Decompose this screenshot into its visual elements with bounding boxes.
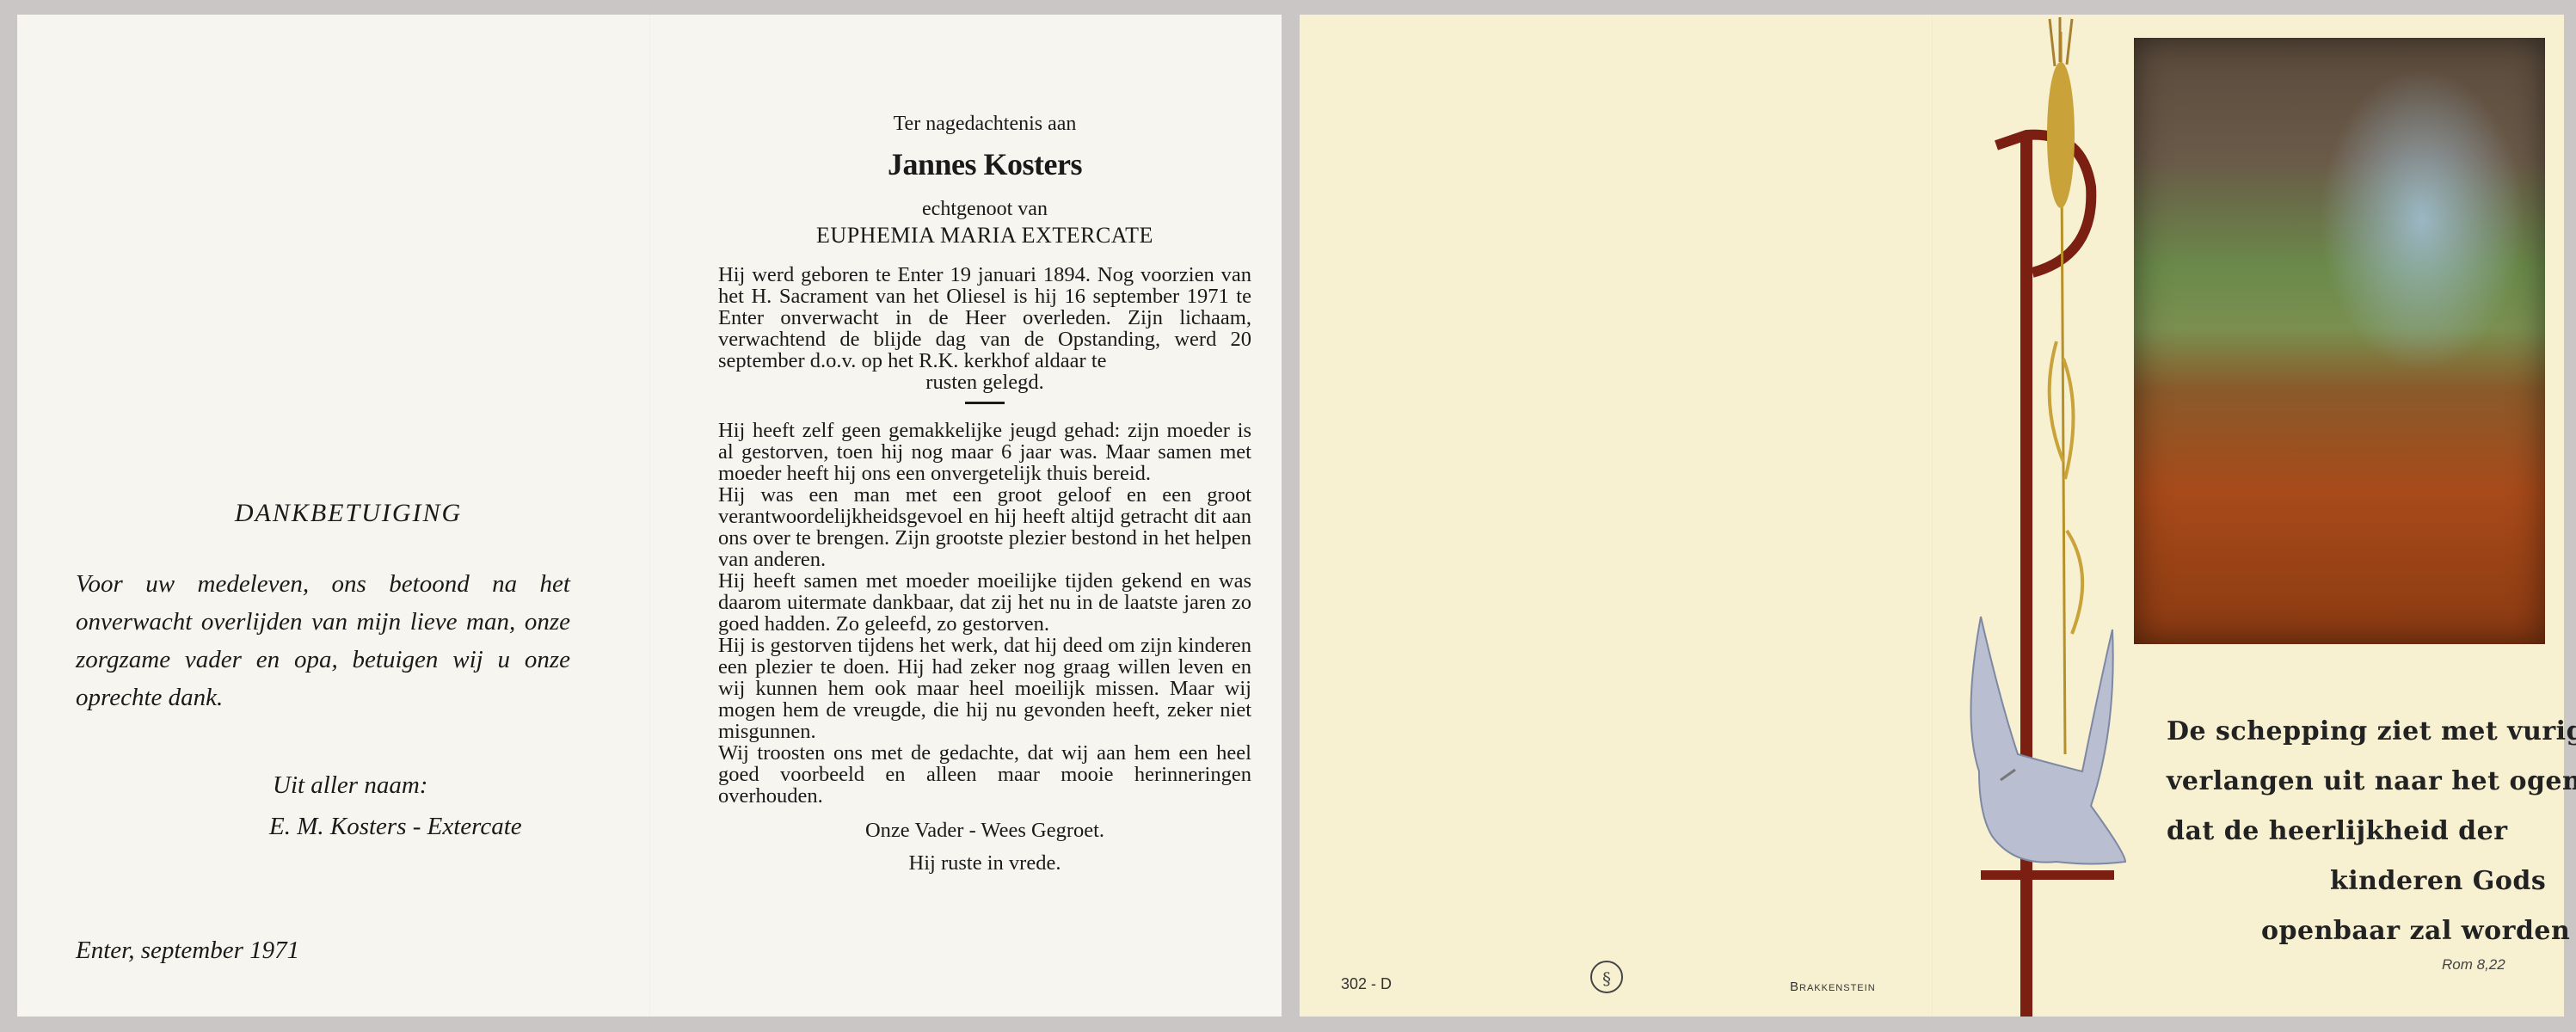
place-date: Enter, september 1971 bbox=[76, 937, 299, 965]
story-paragraph: Hij heeft samen met moeder moeilijke tij… bbox=[718, 570, 1251, 635]
divider bbox=[965, 402, 1005, 404]
story-paragraph: Hij was een man met een groot geloof en … bbox=[718, 484, 1251, 570]
fold-line bbox=[649, 15, 651, 1017]
publisher-name: Brakkenstein bbox=[1790, 980, 1876, 994]
memorial-card-inside: DANKBETUIGING Voor uw medeleven, ons bet… bbox=[17, 15, 1282, 1017]
chi-rho-staff bbox=[2020, 135, 2032, 1017]
story-paragraph: Hij is gestorven tijdens het werk, dat h… bbox=[718, 635, 1251, 742]
chi-rho-loop bbox=[1996, 135, 2091, 273]
thanks-body: Voor uw medeleven, ons betoond na het on… bbox=[76, 565, 570, 716]
signature-name: E. M. Kosters - Extercate bbox=[269, 813, 522, 841]
memorial-card-outside: 302 - D § Brakkenstein De schepping ziet… bbox=[1300, 15, 2564, 1017]
spouse-name: EUPHEMIA MARIA EXTERCATE bbox=[718, 223, 1251, 249]
deceased-name: Jannes Kosters bbox=[718, 146, 1251, 182]
story-paragraph: Wij troosten ons met de gedachte, dat wi… bbox=[718, 742, 1251, 807]
memorial-intro: Ter nagedachtenis aan bbox=[718, 113, 1251, 136]
autumn-forest-photo bbox=[2134, 38, 2545, 644]
dove bbox=[1970, 617, 2125, 864]
spouse-intro: echtgenoot van bbox=[718, 198, 1251, 221]
biography: Hij werd geboren te Enter 19 januari 189… bbox=[718, 264, 1251, 393]
life-story: Hij heeft zelf geen gemakkelijke jeugd g… bbox=[718, 420, 1251, 807]
wheat-ear bbox=[2047, 62, 2075, 208]
fold-line bbox=[1932, 15, 1934, 1017]
rest-in-peace: Hij ruste in vrede. bbox=[718, 851, 1251, 875]
print-code: 302 - D bbox=[1341, 975, 1392, 993]
publisher-logo-icon: § bbox=[1590, 961, 1623, 993]
bible-verse: De schepping ziet met vurig verlangen ui… bbox=[2167, 707, 2554, 956]
thanks-title: DANKBETUIGING bbox=[69, 499, 628, 528]
prayer: Onze Vader - Wees Gegroet. bbox=[718, 819, 1251, 843]
cross-bar bbox=[1981, 870, 2114, 880]
story-paragraph: Hij heeft zelf geen gemakkelijke jeugd g… bbox=[718, 420, 1251, 484]
signature-label: Uit aller naam: bbox=[273, 771, 427, 800]
verse-reference: Rom 8,22 bbox=[2442, 956, 2505, 974]
memorial-text: Ter nagedachtenis aan Jannes Kosters ech… bbox=[718, 101, 1251, 875]
